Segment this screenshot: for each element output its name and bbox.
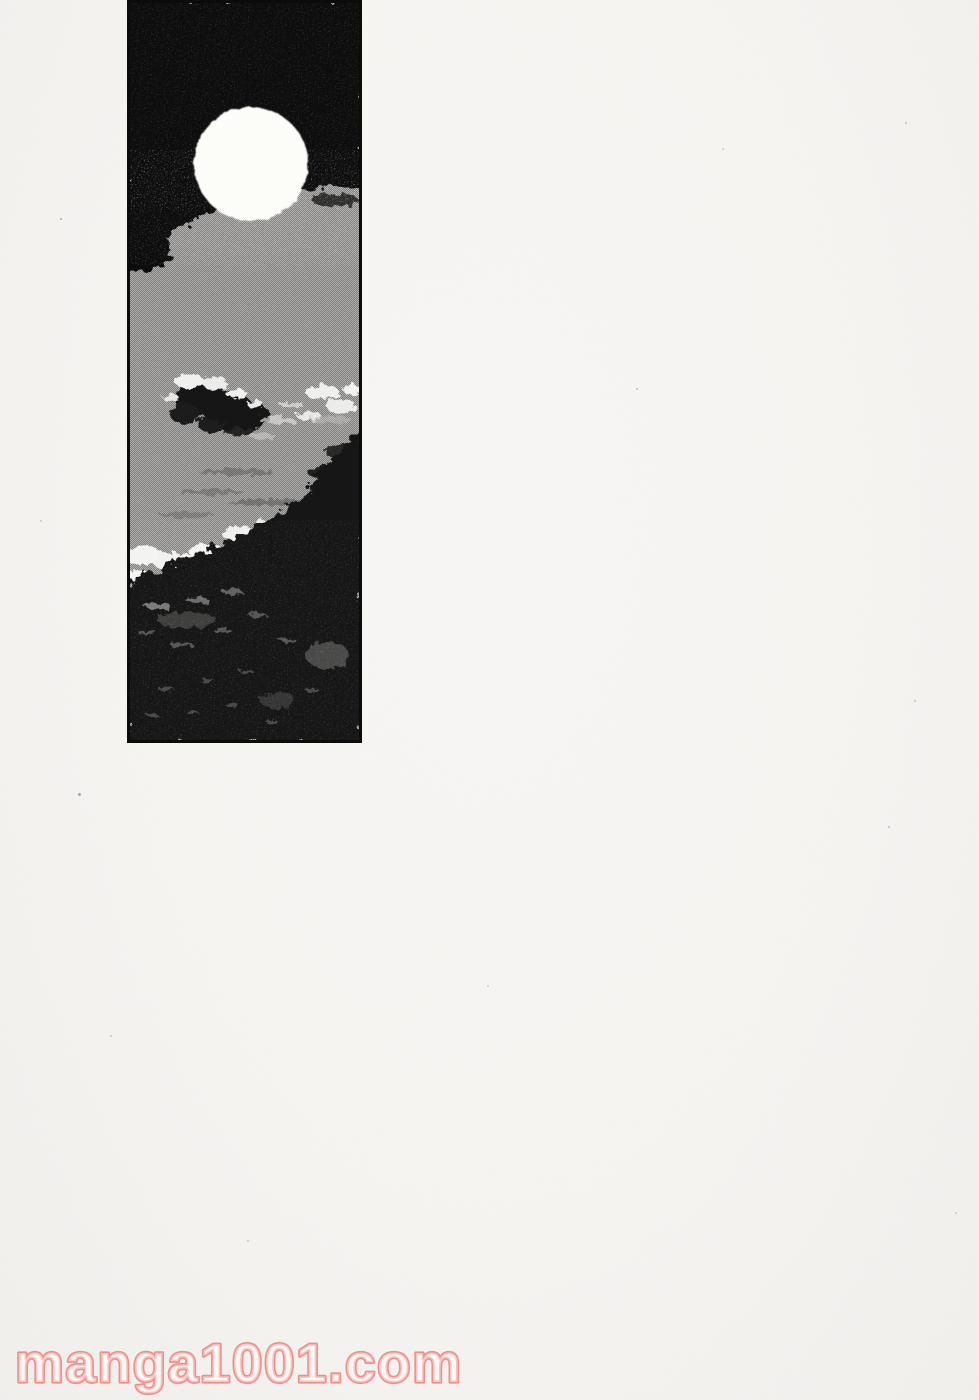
film-grain-bottom [127, 520, 362, 743]
panel-artwork [127, 0, 362, 743]
manga-page: manga1001.com [0, 0, 979, 1400]
watermark-text: manga1001.com [15, 1332, 463, 1394]
manga-panel [127, 0, 362, 743]
watermark: manga1001.com [0, 1318, 520, 1400]
full-moon [194, 107, 308, 221]
